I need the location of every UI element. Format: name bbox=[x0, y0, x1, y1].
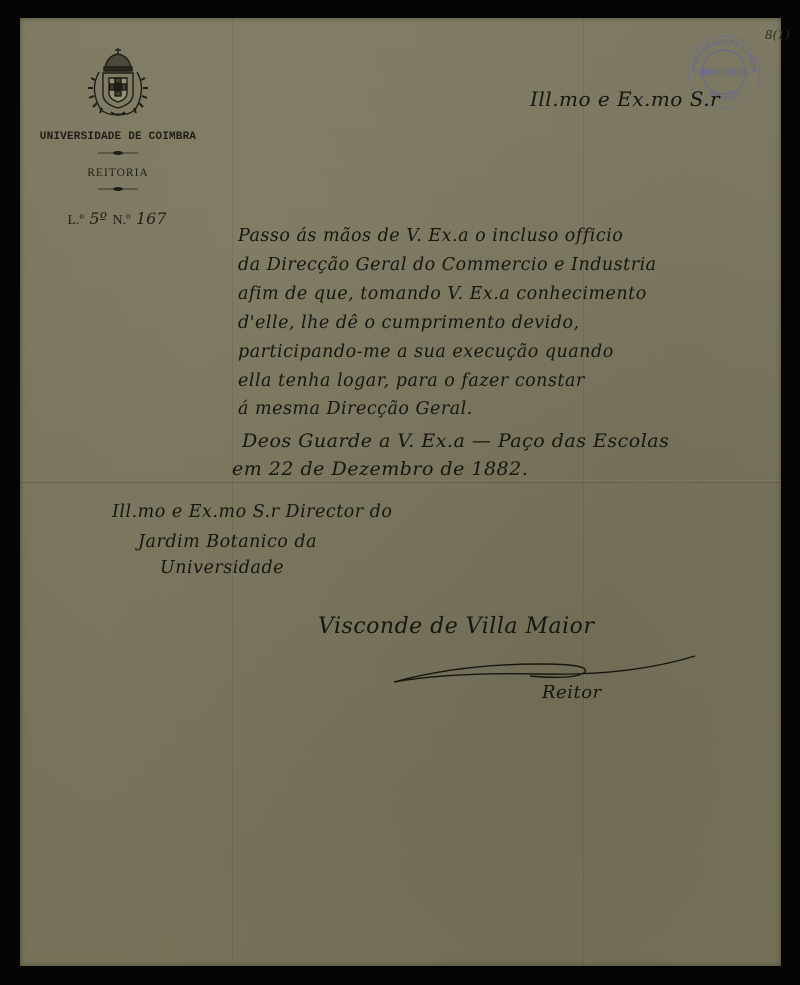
office-name: REITORIA bbox=[38, 167, 198, 179]
institution-name: UNIVERSIDADE DE COIMBRA bbox=[38, 131, 198, 143]
number-value: 167 bbox=[136, 209, 167, 228]
closing-date: em 22 de Dezembro de 1882. bbox=[232, 458, 528, 480]
stamp-center-text: BIBLIOTECA bbox=[700, 68, 749, 77]
registry-line: L.º 5º N.º 167 bbox=[38, 209, 198, 229]
body-line-5: participando-me a sua execução quando bbox=[238, 342, 614, 362]
body-line-2: da Direcção Geral do Commercio e Industr… bbox=[238, 255, 657, 275]
document-page: UNIVERSIDADE DE COIMBRA REITORIA L.º 5º … bbox=[20, 18, 781, 966]
signature-title: Reitor bbox=[542, 682, 602, 703]
body-line-1: Passo ás mãos de V. Ex.a o incluso offic… bbox=[238, 226, 623, 246]
closing-line-1: Deos Guarde a V. Ex.a — Paço das Escolas bbox=[242, 430, 669, 452]
body-line-3: afim de que, tomando V. Ex.a conheciment… bbox=[238, 284, 647, 304]
folio-annotation: 8(1) bbox=[765, 28, 790, 42]
addressee-line-3: Universidade bbox=[160, 558, 284, 578]
divider-ornament bbox=[98, 150, 138, 156]
signature: Visconde de Villa Maior bbox=[318, 614, 594, 639]
body-line-4: d'elle, lhe dê o cumprimento devido, bbox=[238, 313, 580, 333]
book-label: L.º bbox=[67, 213, 83, 228]
letterhead: UNIVERSIDADE DE COIMBRA REITORIA L.º 5º … bbox=[38, 46, 198, 229]
number-label: N.º bbox=[113, 213, 131, 228]
vertical-fold-right bbox=[583, 18, 585, 966]
body-line-6: ella tenha logar, para o fazer constar bbox=[238, 371, 585, 391]
salutation: Ill.mo e Ex.mo S.r bbox=[530, 88, 720, 110]
body-line-7: á mesma Direcção Geral. bbox=[238, 399, 473, 419]
book-value: 5º bbox=[89, 209, 107, 228]
addressee-line-2: Jardim Botanico da bbox=[138, 532, 317, 552]
vertical-fold-left bbox=[232, 18, 234, 966]
addressee-line-1: Ill.mo e Ex.mo S.r Director do bbox=[112, 502, 392, 522]
divider-ornament bbox=[98, 186, 138, 192]
coat-of-arms-icon bbox=[83, 46, 153, 121]
horizontal-fold bbox=[20, 480, 781, 483]
